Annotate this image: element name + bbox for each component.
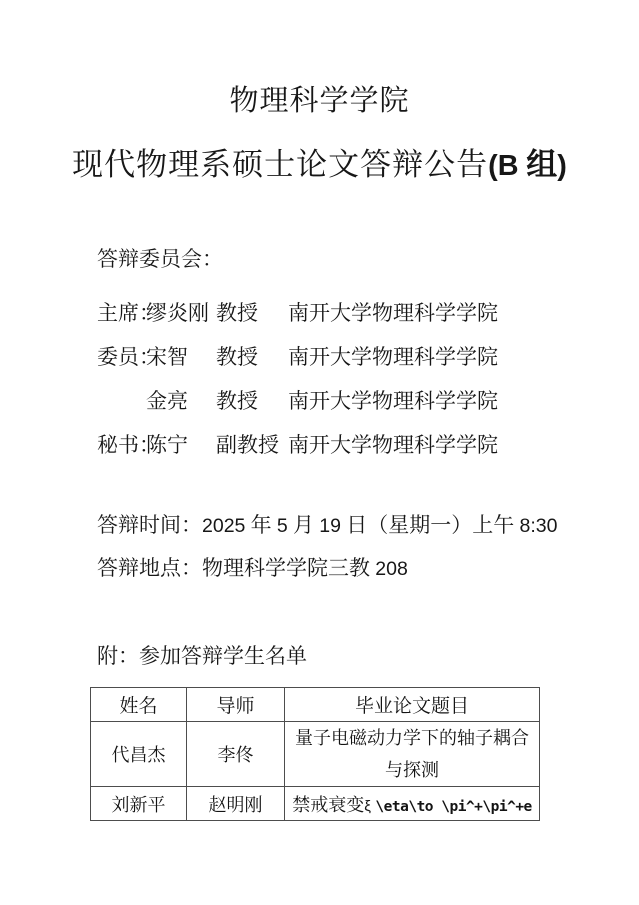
thesis-title: 量子电磁动力学下的轴子耦合与探测 (285, 722, 540, 787)
defense-time-value: 2025 年 5 月 19 日（星期一）上午 8:30 (202, 513, 557, 537)
defense-location-value: 物理科学学院三教 208 (202, 556, 408, 580)
document-page: 物理科学学院 现代物理系硕士论文答辩公告(B 组) 答辩委员会： 主席： 缪炎刚… (0, 0, 639, 905)
member-affiliation: 南开大学物理科学学院 (288, 385, 498, 415)
member-name: 宋智 (146, 341, 188, 371)
committee-heading: 答辩委员会： (97, 247, 223, 271)
page-title: 物理科学学院 (0, 78, 639, 119)
committee-member-row: 金亮 教授 南开大学物理科学学院 (0, 385, 639, 411)
student-name: 代昌杰 (91, 722, 187, 787)
xi-symbol: ξ (364, 798, 371, 815)
thesis-title: 禁戒衰变ξ \eta\to \pi^+\pi^+e (285, 787, 540, 821)
column-header-thesis: 毕业论文题目 (285, 688, 540, 722)
student-advisor: 李佟 (187, 722, 285, 787)
member-name: 陈宁 (146, 429, 188, 459)
member-name: 缪炎刚 (146, 297, 209, 327)
attachment-heading: 附：参加答辩学生名单 (97, 644, 307, 668)
defense-location-line: 答辩地点：物理科学学院三教 208 (97, 556, 408, 580)
table-row: 刘新平 赵明刚 禁戒衰变ξ \eta\to \pi^+\pi^+e (91, 787, 540, 821)
defense-location-label: 答辩地点： (97, 556, 202, 580)
member-affiliation: 南开大学物理科学学院 (288, 297, 498, 327)
defense-time-line: 答辩时间：2025 年 5 月 19 日（星期一）上午 8:30 (97, 513, 557, 537)
student-name: 刘新平 (91, 787, 187, 821)
committee-member-row: 主席： 缪炎刚 教授 南开大学物理科学学院 (0, 297, 639, 323)
member-title: 教授 (216, 297, 258, 327)
subtitle-group-suffix: (B 组) (488, 147, 567, 182)
member-title: 副教授 (216, 429, 279, 459)
member-affiliation: 南开大学物理科学学院 (288, 429, 498, 459)
student-advisor: 赵明刚 (187, 787, 285, 821)
defense-time-label: 答辩时间： (97, 513, 202, 537)
member-name: 金亮 (146, 385, 188, 415)
students-table: 姓名 导师 毕业论文题目 代昌杰 李佟 量子电磁动力学下的轴子耦合与探测 刘新平… (90, 687, 540, 821)
column-header-advisor: 导师 (187, 688, 285, 722)
committee-member-row: 秘书： 陈宁 副教授 南开大学物理科学学院 (0, 429, 639, 455)
page-subtitle: 现代物理系硕士论文答辩公告(B 组) (0, 139, 639, 184)
table-row: 代昌杰 李佟 量子电磁动力学下的轴子耦合与探测 (91, 722, 540, 787)
subtitle-main: 现代物理系硕士论文答辩公告 (72, 147, 488, 182)
member-title: 教授 (216, 341, 258, 371)
students-table-header-row: 姓名 导师 毕业论文题目 (91, 688, 540, 722)
thesis-latex-code: \eta\to \pi^+\pi^+e (375, 799, 531, 815)
member-affiliation: 南开大学物理科学学院 (288, 341, 498, 371)
thesis-title-text: 禁戒衰变 (292, 795, 364, 815)
column-header-name: 姓名 (91, 688, 187, 722)
committee-member-row: 委员： 宋智 教授 南开大学物理科学学院 (0, 341, 639, 367)
member-title: 教授 (216, 385, 258, 415)
